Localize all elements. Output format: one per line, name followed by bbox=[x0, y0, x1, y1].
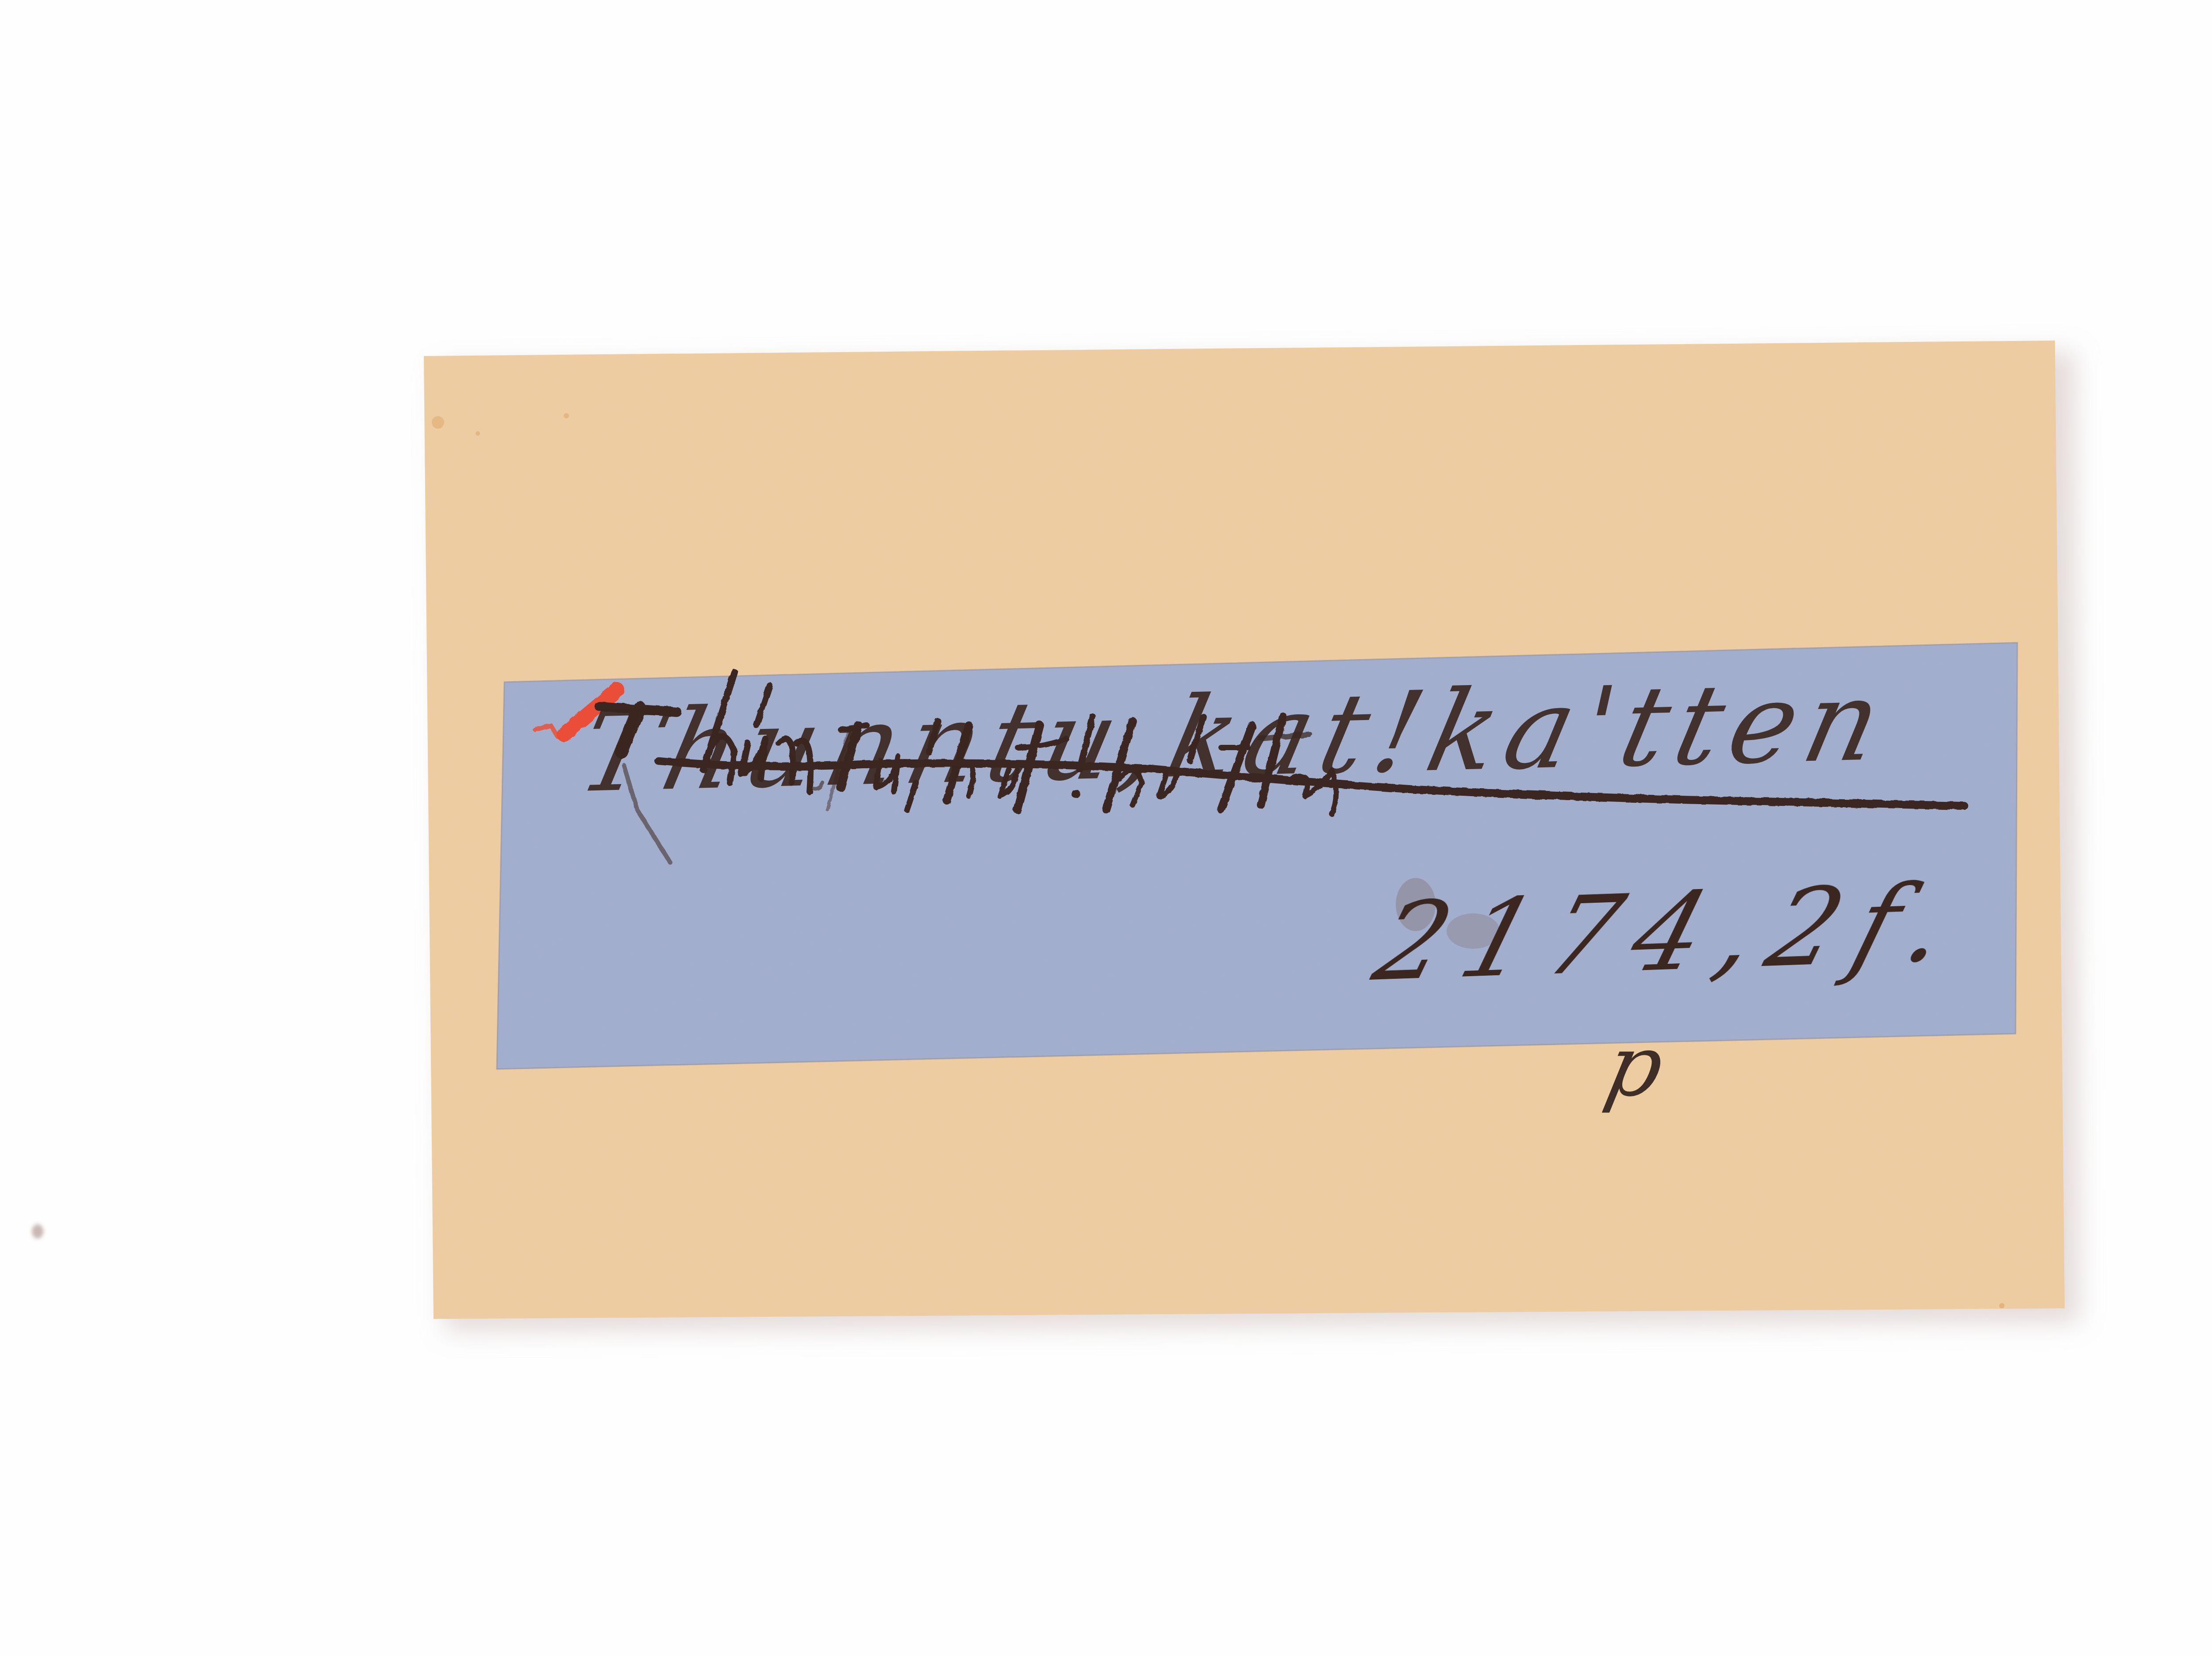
photo-background: Thunntu,kat!ka'tten 2174,2f. p bbox=[0, 0, 2212, 1656]
backing-card bbox=[0, 0, 2212, 1656]
specimen-number: 2174,2f. bbox=[1362, 860, 1980, 1005]
